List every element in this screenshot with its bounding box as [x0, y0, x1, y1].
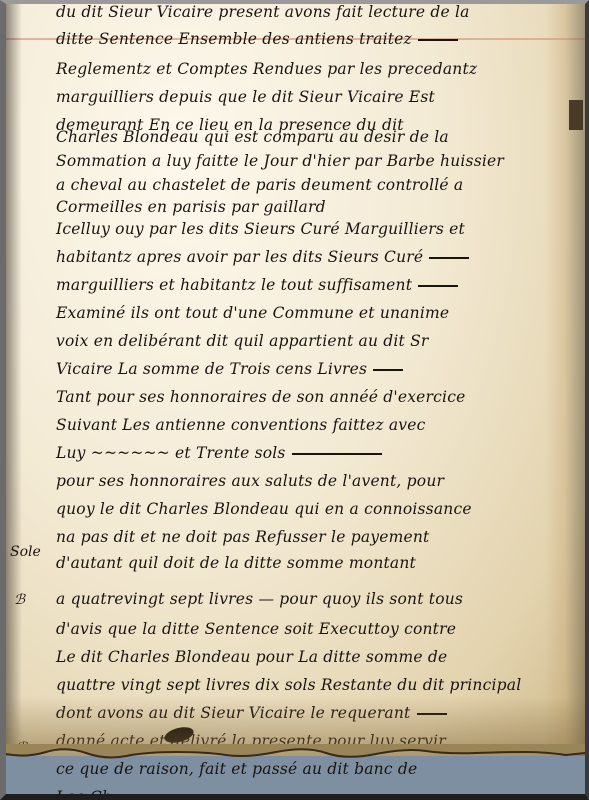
- manuscript-line-text: Suivant Les antienne conventions faittez…: [56, 416, 426, 434]
- manuscript-line: ditte Sentence Ensemble des antiens trai…: [56, 30, 458, 48]
- manuscript-line: quoy le dit Charles Blondeau qui en a co…: [56, 500, 472, 518]
- manuscript-line: a cheval au chastelet de paris deument c…: [56, 176, 463, 194]
- manuscript-line: du dit Sieur Vicaire present avons fait …: [56, 3, 470, 21]
- manuscript-line: Cormeilles en parisis par gaillard: [56, 198, 326, 216]
- manuscript-line-text: Lec Ch. ~: [56, 788, 136, 800]
- manuscript-line: d'autant quil doit de la ditte somme mon…: [56, 554, 416, 572]
- manuscript-line-text: quattre vingt sept livres dix sols Resta…: [56, 676, 521, 694]
- manuscript-line-text: voix en delibérant dit quil appartient a…: [56, 332, 429, 350]
- manuscript-line: quattre vingt sept livres dix sols Resta…: [56, 676, 521, 694]
- manuscript-line: Reglementz et Comptes Rendues par les pr…: [56, 60, 477, 78]
- manuscript-line-text: marguilliers et habitantz le tout suffis…: [56, 276, 412, 294]
- manuscript-line: Vicaire La somme de Trois cens Livres: [56, 360, 403, 378]
- manuscript-line: Tant pour ses honnoraires de son annéé d…: [56, 388, 465, 406]
- manuscript-line-text: marguilliers depuis que le dit Sieur Vic…: [56, 88, 435, 106]
- photo-frame: du dit Sieur Vicaire present avons fait …: [0, 0, 589, 800]
- line-filler-dash: [417, 713, 447, 715]
- manuscript-line: pour ses honnoraires aux saluts de l'ave…: [56, 472, 444, 490]
- margin-note: ℬ: [14, 592, 25, 608]
- torn-paper-edge: [6, 744, 589, 764]
- manuscript-line-text: Luy ~~~~~~ et Trente sols: [56, 444, 286, 462]
- ink-blot-signature: [163, 724, 196, 745]
- line-filler-dash: [418, 39, 458, 41]
- manuscript-line: Examiné ils ont tout d'une Commune et un…: [56, 304, 449, 322]
- manuscript-page: du dit Sieur Vicaire present avons fait …: [6, 4, 585, 756]
- manuscript-line-text: quoy le dit Charles Blondeau qui en a co…: [56, 500, 472, 518]
- line-filler-dash: [373, 369, 403, 371]
- manuscript-line-text: pour ses honnoraires aux saluts de l'ave…: [56, 472, 444, 490]
- manuscript-line-text: Charles Blondeau qui est comparu au desi…: [56, 128, 449, 146]
- manuscript-line: marguilliers et habitantz le tout suffis…: [56, 276, 458, 294]
- line-filler-dash: [429, 257, 469, 259]
- manuscript-line: Sommation a luy faitte le Jour d'hier pa…: [56, 152, 504, 170]
- manuscript-line: Suivant Les antienne conventions faittez…: [56, 416, 426, 434]
- manuscript-line-text: d'avis que la ditte Sentence soit Execut…: [56, 620, 456, 638]
- manuscript-line-text: na pas dit et ne doit pas Refusser le pa…: [56, 528, 429, 546]
- manuscript-line: Lec Ch. ~: [56, 788, 136, 800]
- manuscript-line-text: Le dit Charles Blondeau pour La ditte so…: [56, 648, 447, 666]
- manuscript-line: na pas dit et ne doit pas Refusser le pa…: [56, 528, 429, 546]
- manuscript-line: voix en delibérant dit quil appartient a…: [56, 332, 429, 350]
- manuscript-line-text: Examiné ils ont tout d'une Commune et un…: [56, 304, 449, 322]
- manuscript-line-text: d'autant quil doit de la ditte somme mon…: [56, 554, 416, 572]
- line-filler-dash: [292, 453, 382, 455]
- manuscript-line-text: a quatrevingt sept livres — pour quoy il…: [56, 590, 463, 608]
- manuscript-line: Icelluy ouy par les dits Sieurs Curé Mar…: [56, 220, 465, 238]
- manuscript-line-text: dont avons au dit Sieur Vicaire le reque…: [56, 704, 411, 722]
- manuscript-line: marguilliers depuis que le dit Sieur Vic…: [56, 88, 435, 106]
- manuscript-line-text: Icelluy ouy par les dits Sieurs Curé Mar…: [56, 220, 465, 238]
- manuscript-line-text: Sommation a luy faitte le Jour d'hier pa…: [56, 152, 504, 170]
- manuscript-line-text: Tant pour ses honnoraires de son annéé d…: [56, 388, 465, 406]
- manuscript-line: habitantz apres avoir par les dits Sieur…: [56, 248, 469, 266]
- page-edge-tab: [569, 100, 583, 130]
- manuscript-line: d'avis que la ditte Sentence soit Execut…: [56, 620, 456, 638]
- manuscript-line-text: a cheval au chastelet de paris deument c…: [56, 176, 463, 194]
- manuscript-line-text: ditte Sentence Ensemble des antiens trai…: [56, 30, 412, 48]
- manuscript-line: Le dit Charles Blondeau pour La ditte so…: [56, 648, 447, 666]
- manuscript-line-text: Cormeilles en parisis par gaillard: [56, 198, 326, 216]
- manuscript-line-text: du dit Sieur Vicaire present avons fait …: [56, 3, 470, 21]
- manuscript-line: dont avons au dit Sieur Vicaire le reque…: [56, 704, 447, 722]
- page-left-shadow: [6, 4, 22, 756]
- manuscript-line-text: habitantz apres avoir par les dits Sieur…: [56, 248, 423, 266]
- manuscript-line: a quatrevingt sept livres — pour quoy il…: [56, 590, 463, 608]
- manuscript-line-text: Reglementz et Comptes Rendues par les pr…: [56, 60, 477, 78]
- manuscript-line-text: Vicaire La somme de Trois cens Livres: [56, 360, 367, 378]
- line-filler-dash: [418, 285, 458, 287]
- margin-note: Sole: [10, 544, 41, 560]
- manuscript-line: Charles Blondeau qui est comparu au desi…: [56, 128, 449, 146]
- manuscript-line: Luy ~~~~~~ et Trente sols: [56, 444, 382, 462]
